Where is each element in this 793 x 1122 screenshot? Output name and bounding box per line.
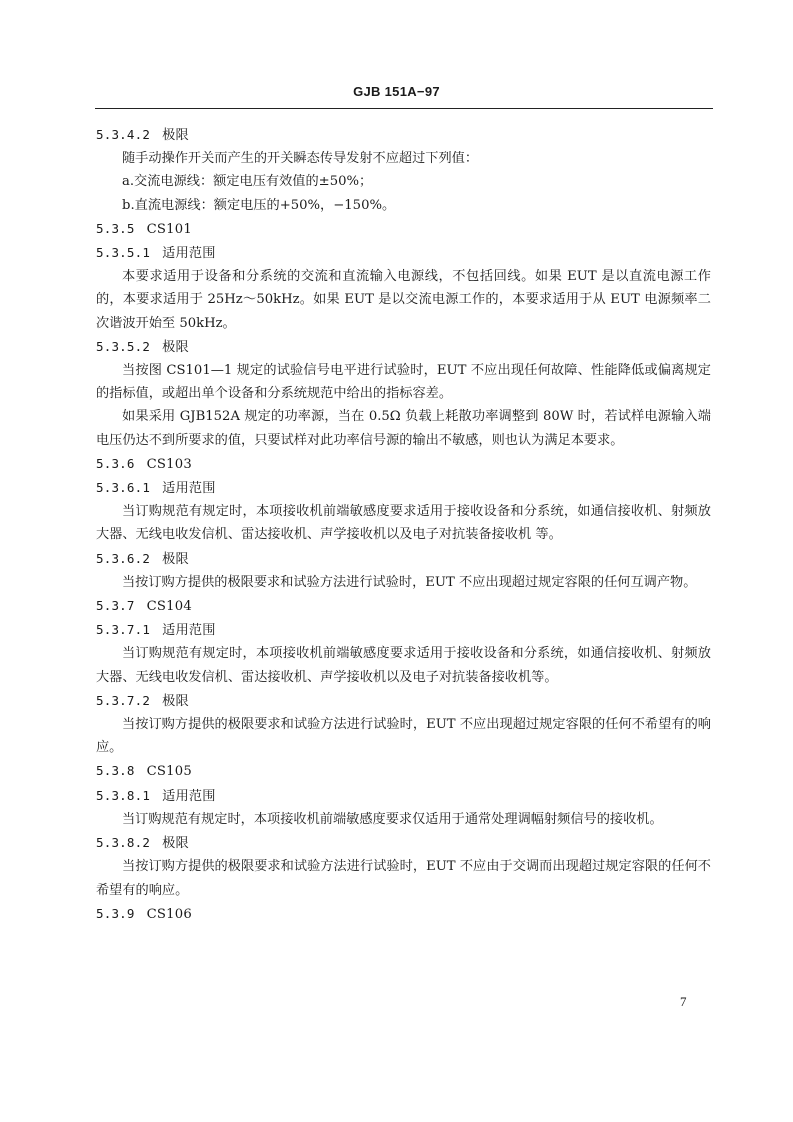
paragraph: 当按订购方提供的极限要求和试验方法进行试验时，EUT 不应由于交调而出现超过规定… (96, 855, 711, 901)
section-title: CS105 (147, 764, 192, 779)
document-header: GJB 151A−97 (0, 84, 793, 99)
section-heading: 5.3.8.1适用范围 (96, 784, 711, 808)
section-number: 5.3.6 (96, 452, 135, 475)
section-number: 5.3.7.2 (96, 689, 150, 712)
section-number: 5.3.9 (96, 902, 135, 925)
section-heading: 5.3.7CS104 (96, 594, 711, 618)
section-number: 5.3.7.1 (96, 618, 150, 641)
paragraph: 当订购规范有规定时，本项接收机前端敏感度要求适用于接收设备和分系统，如通信接收机… (96, 642, 711, 688)
section-title: 适用范围 (162, 789, 216, 804)
section-heading: 5.3.7.1适用范围 (96, 618, 711, 642)
section-number: 5.3.8.2 (96, 831, 150, 854)
paragraph: 当按订购方提供的极限要求和试验方法进行试验时，EUT 不应出现超过规定容限的任何… (96, 571, 711, 594)
paragraph: 当订购规范有规定时，本项接收机前端敏感度要求仅适用于通常处理调幅射频信号的接收机… (96, 808, 711, 831)
section-heading: 5.3.4.2极限 (96, 123, 711, 147)
list-item: b.直流电源线：额定电压的+50%，−150%。 (96, 194, 711, 217)
section-number: 5.3.5 (96, 217, 135, 240)
paragraph: 本要求适用于设备和分系统的交流和直流输入电源线，不包括回线。如果 EUT 是以直… (96, 265, 711, 335)
section-title: CS101 (147, 222, 192, 237)
list-item: a.交流电源线：额定电压有效值的±50%； (96, 170, 711, 193)
section-number: 5.3.4.2 (96, 123, 150, 146)
paragraph: 当按图 CS101—1 规定的试验信号电平进行试验时，EUT 不应出现任何故障、… (96, 359, 711, 405)
section-number: 5.3.6.2 (96, 547, 150, 570)
paragraph: 当按订购方提供的极限要求和试验方法进行试验时，EUT 不应出现超过规定容限的任何… (96, 713, 711, 759)
section-heading: 5.3.6.2极限 (96, 547, 711, 571)
section-title: 极限 (162, 552, 189, 567)
section-heading: 5.3.5.1适用范围 (96, 241, 711, 265)
section-title: CS106 (147, 907, 192, 922)
section-heading: 5.3.8CS105 (96, 759, 711, 783)
section-title: 适用范围 (162, 246, 216, 261)
document-body: 5.3.4.2极限 随手动操作开关而产生的开关瞬态传导发射不应超过下列值： a.… (96, 123, 711, 926)
section-number: 5.3.5.2 (96, 335, 150, 358)
section-number: 5.3.8.1 (96, 784, 150, 807)
section-title: 极限 (162, 340, 189, 355)
paragraph: 当订购规范有规定时，本项接收机前端敏感度要求适用于接收设备和分系统，如通信接收机… (96, 500, 711, 546)
section-heading: 5.3.6.1适用范围 (96, 476, 711, 500)
section-title: 适用范围 (162, 481, 216, 496)
header-rule (95, 108, 713, 109)
section-number: 5.3.7 (96, 594, 135, 617)
section-heading: 5.3.5.2极限 (96, 335, 711, 359)
paragraph: 如果采用 GJB152A 规定的功率源，当在 0.5Ω 负载上耗散功率调整到 8… (96, 405, 711, 451)
section-title: 极限 (162, 836, 189, 851)
paragraph: 随手动操作开关而产生的开关瞬态传导发射不应超过下列值： (96, 147, 711, 170)
page-number: 7 (680, 994, 687, 1010)
section-title: 适用范围 (162, 623, 216, 638)
section-number: 5.3.8 (96, 759, 135, 782)
section-heading: 5.3.6CS103 (96, 452, 711, 476)
section-number: 5.3.6.1 (96, 476, 150, 499)
section-title: 极限 (162, 128, 189, 143)
section-heading: 5.3.7.2极限 (96, 689, 711, 713)
section-heading: 5.3.8.2极限 (96, 831, 711, 855)
section-heading: 5.3.9CS106 (96, 902, 711, 926)
section-title: CS103 (147, 457, 192, 472)
section-number: 5.3.5.1 (96, 241, 150, 264)
section-title: CS104 (147, 599, 192, 614)
section-title: 极限 (162, 694, 189, 709)
section-heading: 5.3.5CS101 (96, 217, 711, 241)
